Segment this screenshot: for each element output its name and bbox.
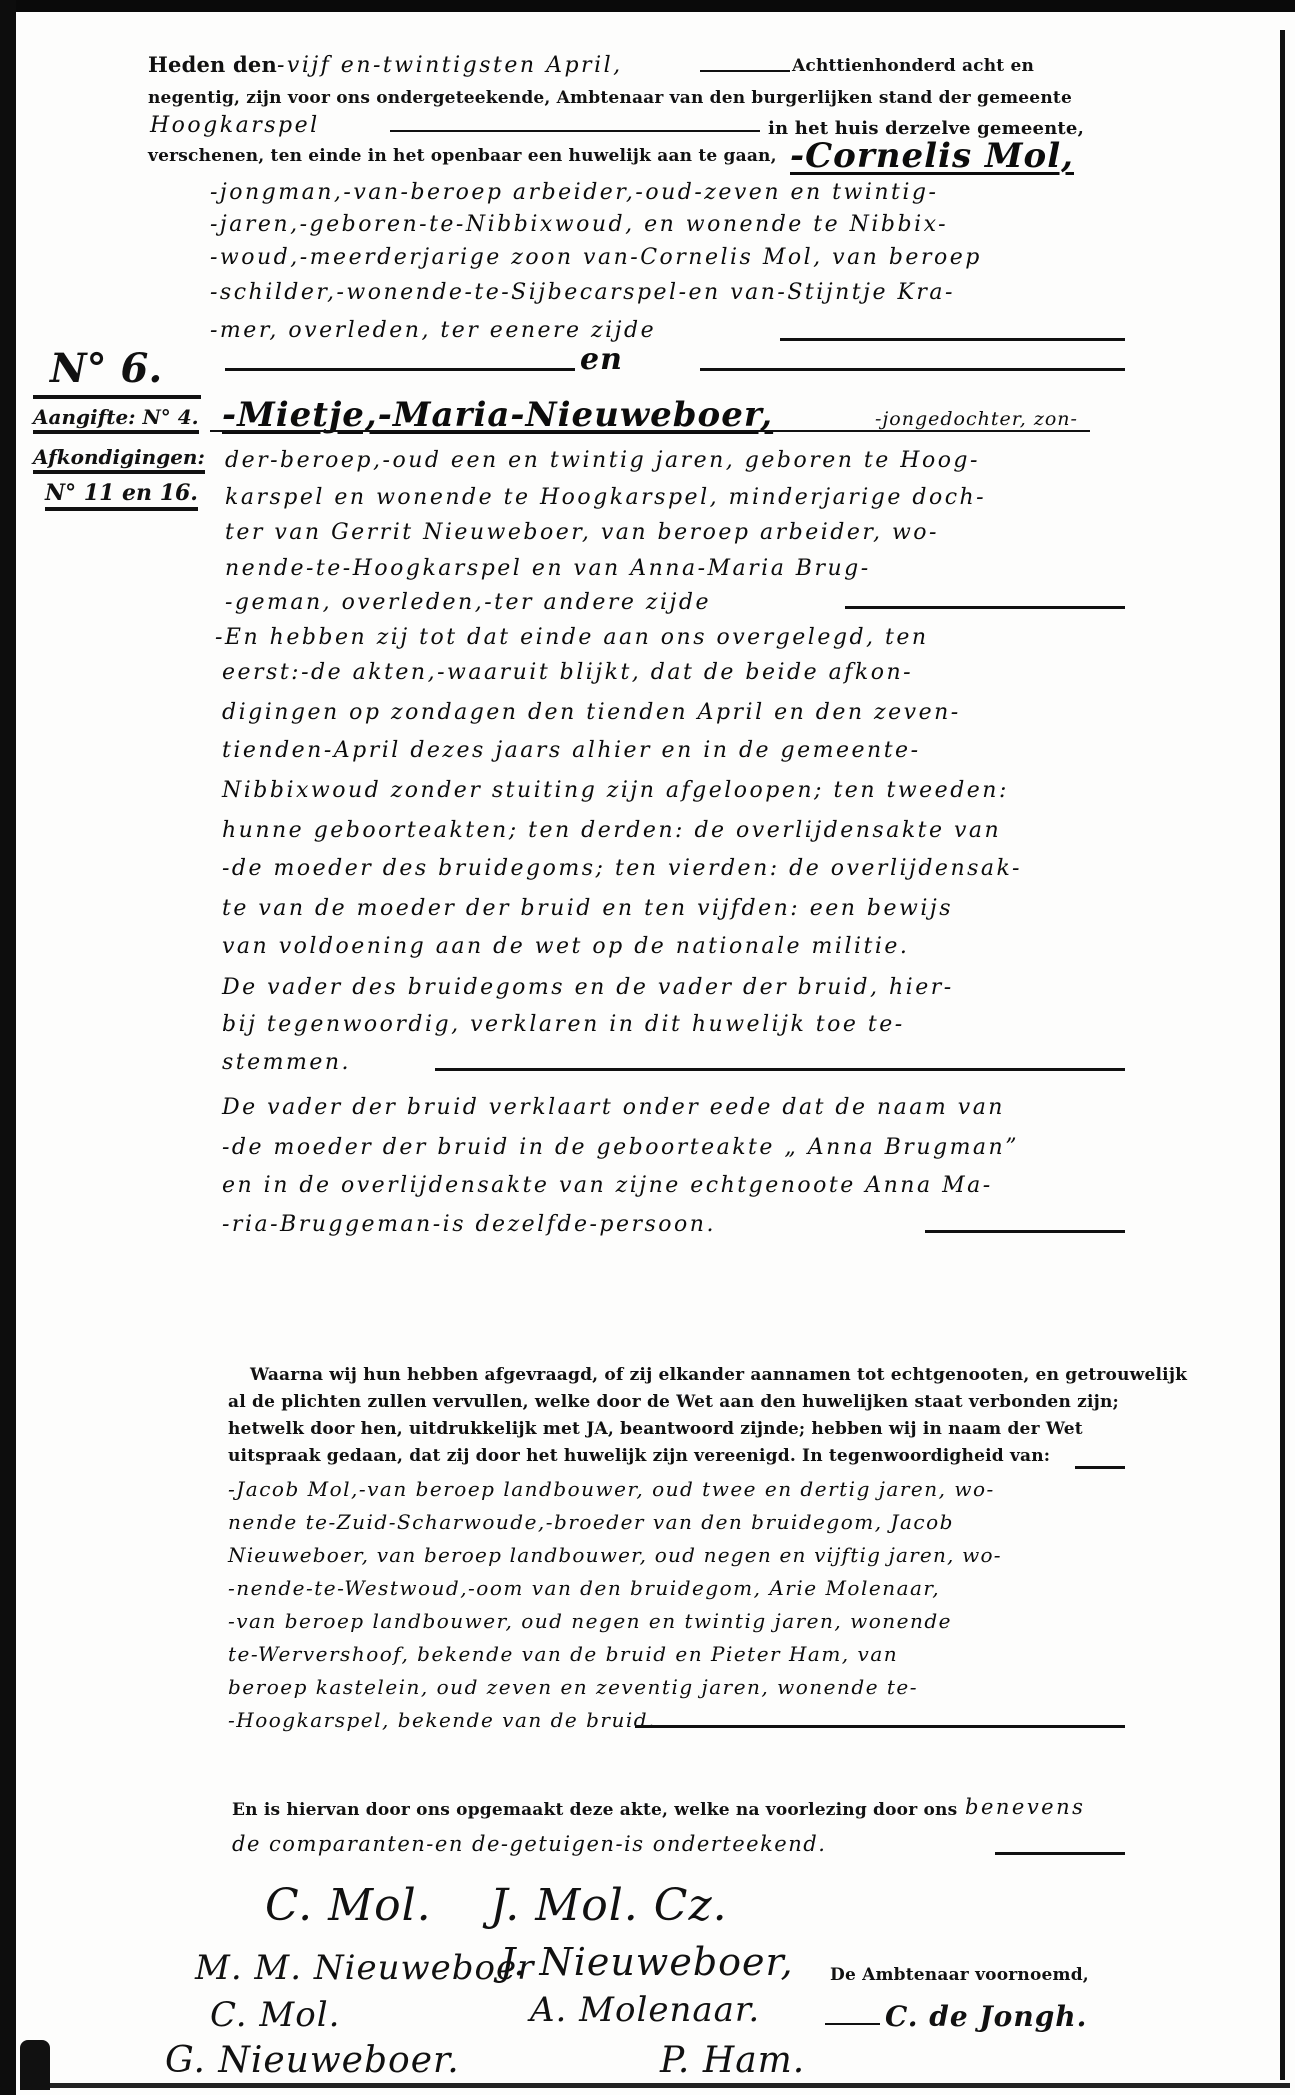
- header-rule-3: [390, 130, 760, 132]
- bride-line-2: karspel en wonende te Hoogkarspel, minde…: [225, 485, 986, 510]
- en-rule-right: [700, 368, 1125, 371]
- certificate-page: Heden den-vijf en-twintigsten April, Ach…: [0, 0, 1295, 2095]
- bride-line-1: der-beroep,-oud een en twintig jaren, ge…: [225, 448, 980, 473]
- header-date-hand: -vijf en-twintigsten April,: [277, 53, 623, 78]
- documents-line-11: bij tegenwoordig, verklaren in dit huwel…: [222, 1012, 905, 1037]
- municipality-hand: Hoogkarspel: [150, 113, 320, 138]
- declaration-line-1: De vader der bruid verklaart onder eede …: [222, 1095, 1005, 1120]
- bride-name-rule: [210, 430, 1090, 432]
- groom-line-3: -woud,-meerderjarige zoon van-Cornelis M…: [210, 245, 982, 270]
- bride-end-rule: [845, 606, 1125, 609]
- ceremony-line-3: hetwelk door hen, uitdrukkelijk met JA, …: [228, 1419, 1083, 1439]
- documents-end-rule: [435, 1068, 1125, 1071]
- declaration-line-4: -ria-Bruggeman-is dezelfde-persoon.: [222, 1212, 716, 1237]
- header-line-1: Heden den-vijf en-twintigsten April,: [148, 52, 623, 78]
- header-line-4: verschenen, ten einde in het openbaar ee…: [148, 146, 777, 166]
- documents-line-8: te van de moeder der bruid en ten vijfde…: [222, 896, 953, 921]
- closing-hand-a: benevens: [965, 1795, 1085, 1819]
- documents-line-6: hunne geboorteakten; ten derden: de over…: [222, 818, 1001, 843]
- witnesses-end-rule: [635, 1725, 1125, 1728]
- signature-m-nieuweboer: M. M. Nieuweboer: [195, 1948, 534, 1988]
- declaration-line-3: en in de overlijdensakte van zijne echtg…: [222, 1173, 993, 1198]
- groom-line-2: -jaren,-geboren-te-Nibbixwoud, en wonend…: [210, 212, 948, 237]
- margin-afkondigingen: Afkondigingen:: [33, 445, 205, 474]
- official-signature: C. de Jongh.: [885, 2000, 1087, 2033]
- signature-g-nieuweboer: G. Nieuweboer.: [165, 2040, 460, 2081]
- bride-line-3: ter van Gerrit Nieuweboer, van beroep ar…: [225, 520, 939, 545]
- documents-line-1: -En hebben zij tot dat einde aan ons ove…: [215, 625, 929, 650]
- documents-line-2: eerst:-de akten,-waaruit blijkt, dat de …: [222, 660, 913, 685]
- scan-border-right: [1280, 30, 1285, 2080]
- signature-c-mol-2: C. Mol.: [210, 1995, 340, 2035]
- signature-j-nieuweboer: J. Nieuweboer,: [500, 1940, 794, 1984]
- scan-border-bottom: [20, 2083, 1290, 2088]
- bride-line-0: -jongedochter, zon-: [875, 408, 1078, 430]
- groom-end-rule: [780, 338, 1125, 341]
- header-printed-heden: Heden den: [148, 52, 277, 77]
- documents-line-10: De vader des bruidegoms en de vader der …: [222, 975, 954, 1000]
- ceremony-line-1: Waarna wij hun hebben afgevraagd, of zij…: [250, 1365, 1187, 1385]
- groom-name: -Cornelis Mol,: [790, 136, 1074, 176]
- documents-line-3: digingen op zondagen den tienden April e…: [222, 700, 961, 725]
- act-number: N° 6.: [50, 345, 162, 392]
- act-number-rule: [33, 395, 201, 399]
- ceremony-end-rule: [1075, 1466, 1125, 1469]
- documents-line-4: tienden-April dezes jaars alhier en in d…: [222, 738, 921, 763]
- witnesses-line-2: nende te-Zuid-Scharwoude,-broeder van de…: [228, 1510, 954, 1534]
- closing-hand-b: de comparanten-en de-getuigen-is onderte…: [232, 1832, 826, 1856]
- declaration-end-rule: [925, 1230, 1125, 1233]
- closing-end-rule: [995, 1852, 1125, 1855]
- margin-afkondigingen-numbers: N° 11 en 16.: [45, 480, 198, 511]
- groom-line-4: -schilder,-wonende-te-Sijbecarspel-en va…: [210, 280, 955, 305]
- header-rule-1: [700, 70, 790, 72]
- witnesses-line-4: -nende-te-Westwoud,-oom van den bruidego…: [228, 1576, 940, 1600]
- header-line-2: negentig, zijn voor ons ondergeteekende,…: [148, 88, 1072, 108]
- witnesses-line-5: -van beroep landbouwer, oud negen en twi…: [228, 1609, 952, 1633]
- closing-printed: En is hiervan door ons opgemaakt deze ak…: [232, 1800, 957, 1820]
- witnesses-line-1: -Jacob Mol,-van beroep landbouwer, oud t…: [228, 1477, 995, 1501]
- signature-p-ham: P. Ham.: [660, 2040, 805, 2081]
- official-rule: [825, 2023, 880, 2025]
- margin-aangifte: Aangifte: N° 4.: [33, 405, 199, 434]
- witnesses-line-6: te-Wervershoof, bekende van de bruid en …: [228, 1642, 898, 1666]
- witnesses-line-7: beroep kastelein, oud zeven en zeventig …: [228, 1675, 918, 1699]
- documents-line-9: van voldoening aan de wet op de national…: [222, 934, 909, 959]
- groom-line-1: -jongman,-van-beroep arbeider,-oud-zeven…: [210, 180, 938, 205]
- ceremony-line-2: al de plichten zullen vervullen, welke d…: [228, 1392, 1119, 1412]
- conjunction-en: en: [580, 342, 623, 377]
- bride-name: -Mietje,-Maria-Nieuweboer,: [222, 395, 773, 435]
- bride-line-4: nende-te-Hoogkarspel en van Anna-Maria B…: [225, 556, 871, 581]
- witnesses-line-8: -Hoogkarspel, bekende van de bruid.: [228, 1708, 656, 1732]
- scan-border-top: [0, 0, 1295, 12]
- official-label: De Ambtenaar voornoemd,: [830, 1965, 1089, 1985]
- signature-a-molenaar: A. Molenaar.: [530, 1990, 760, 2030]
- scan-corner-blot: [20, 2040, 50, 2090]
- documents-line-5: Nibbixwoud zonder stuiting zijn afgeloop…: [222, 778, 1009, 803]
- declaration-line-2: -de moeder der bruid in de geboorteakte …: [222, 1135, 1019, 1160]
- witnesses-line-3: Nieuweboer, van beroep landbouwer, oud n…: [228, 1543, 1002, 1567]
- documents-line-12: stemmen.: [222, 1050, 351, 1075]
- signature-j-mol-cz: J. Mol. Cz.: [490, 1880, 728, 1931]
- documents-line-7: -de moeder des bruidegoms; ten vierden: …: [222, 856, 1022, 881]
- en-rule-left: [225, 368, 575, 371]
- ceremony-line-4: uitspraak gedaan, dat zij door het huwel…: [228, 1446, 1050, 1466]
- header-year-printed: Achttienhonderd acht en: [792, 56, 1034, 76]
- bride-line-5: -geman, overleden,-ter andere zijde: [225, 590, 711, 615]
- signature-c-mol: C. Mol.: [265, 1880, 432, 1931]
- groom-line-5: -mer, overleden, ter eenere zijde: [210, 318, 656, 343]
- scan-border-left: [0, 0, 16, 2095]
